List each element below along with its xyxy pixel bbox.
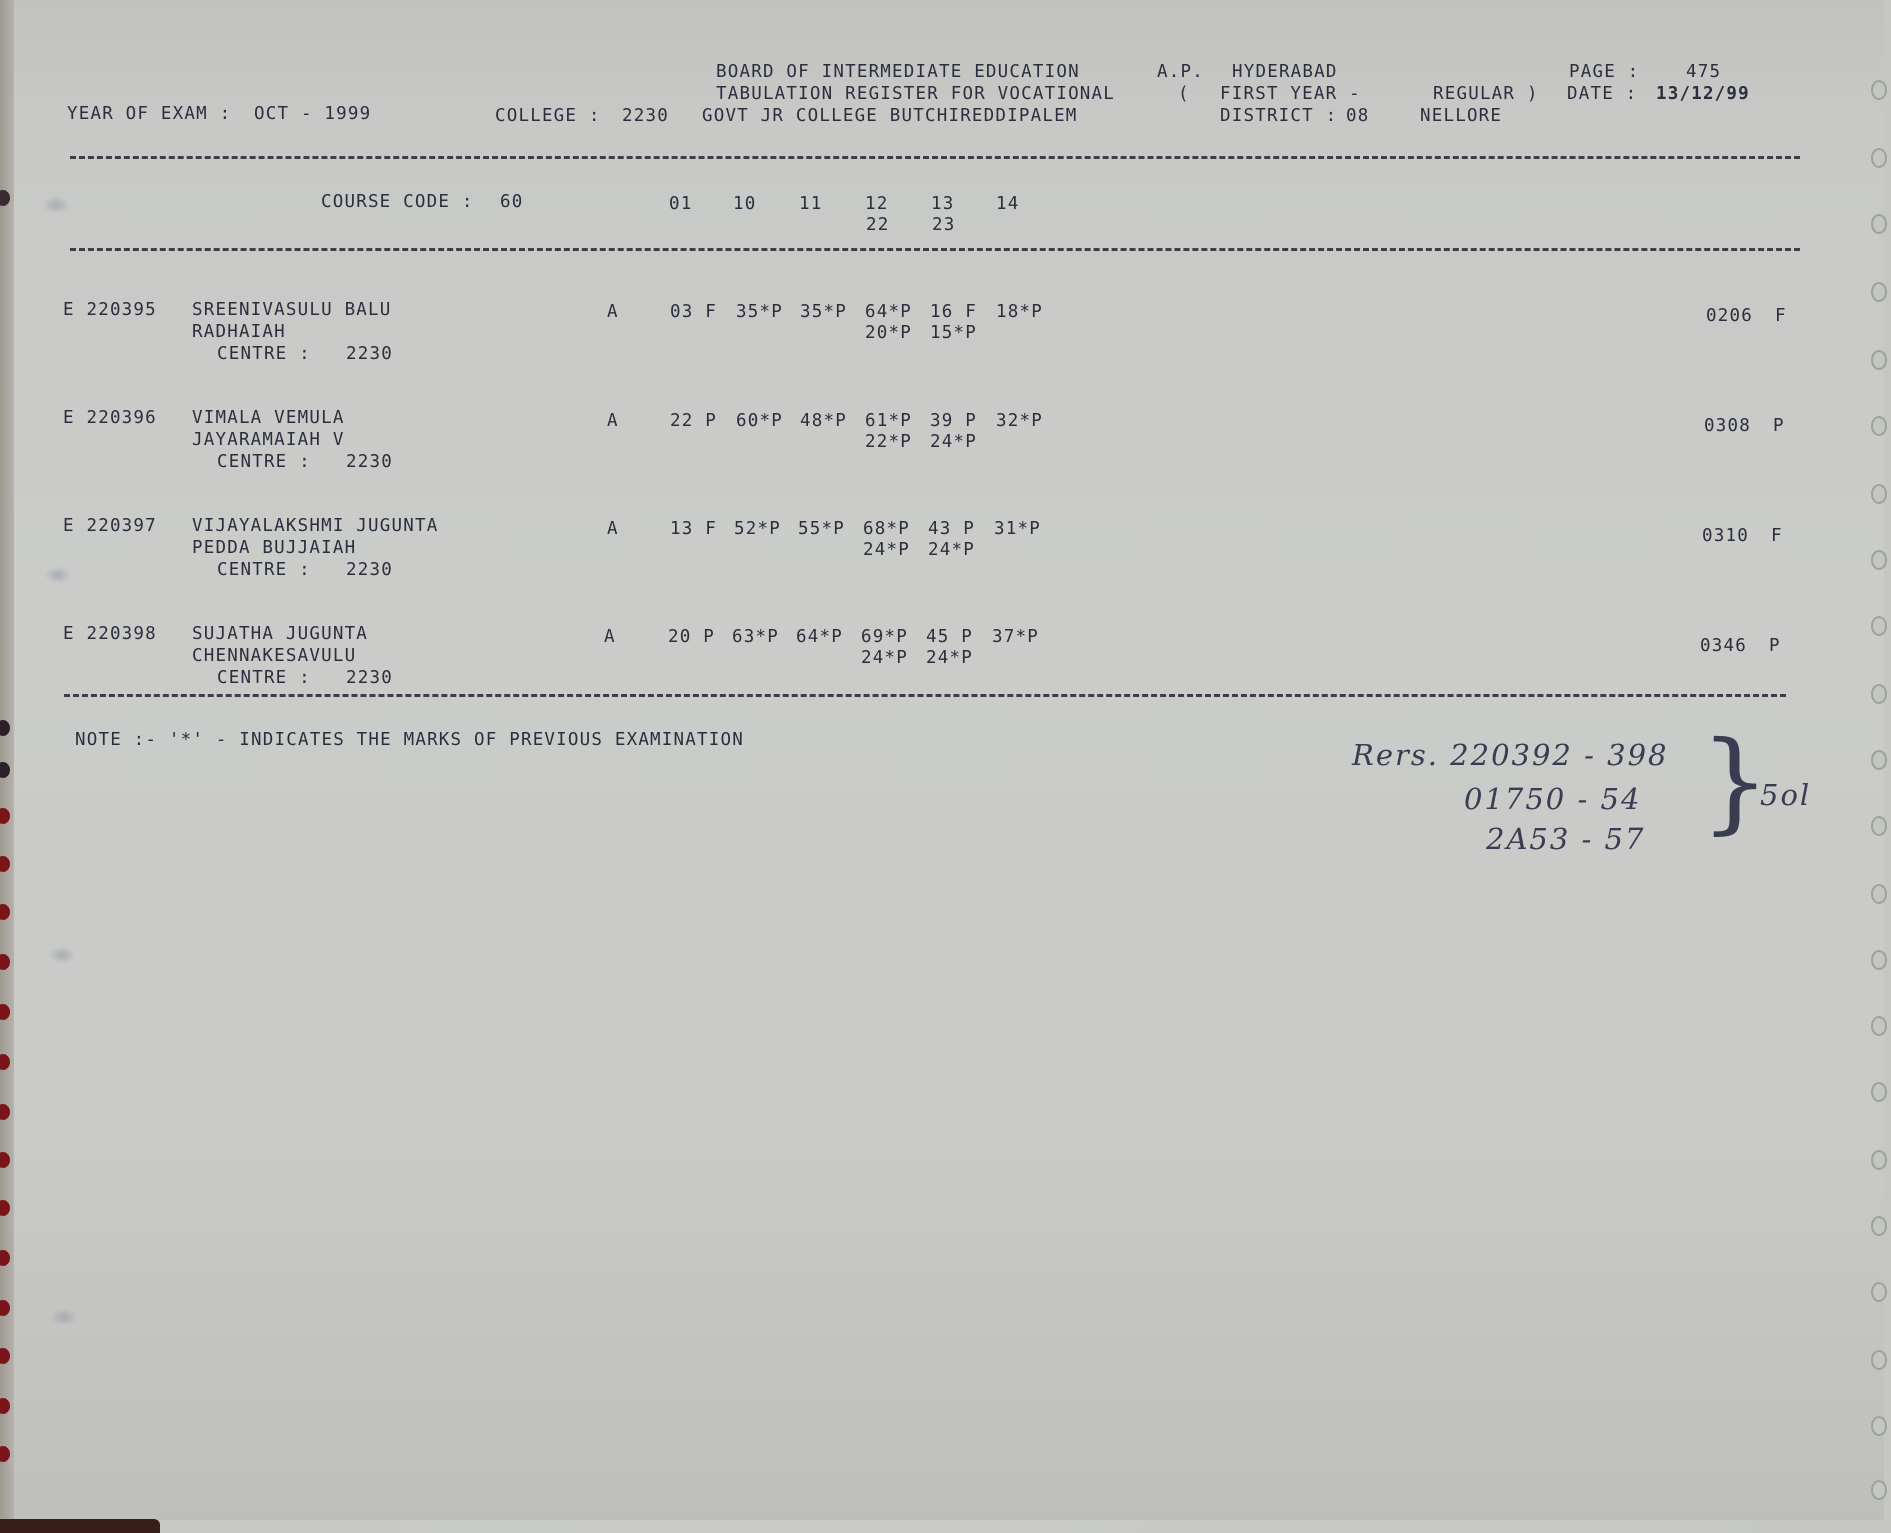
student-name: VIJAYALAKSHMI JUGUNTA bbox=[192, 516, 438, 536]
staple-mark-icon bbox=[48, 946, 76, 964]
mark: 55*P bbox=[798, 519, 845, 539]
district-code: 08 bbox=[1346, 106, 1369, 126]
total-marks: 0308 bbox=[1704, 416, 1751, 436]
category: A bbox=[607, 411, 619, 431]
mark: 48*P bbox=[800, 411, 847, 431]
binding-hole-icon bbox=[1871, 1416, 1887, 1436]
father-name: RADHAIAH bbox=[192, 322, 286, 342]
divider-line bbox=[64, 694, 1786, 697]
footnote: NOTE :- '*' - INDICATES THE MARKS OF PRE… bbox=[75, 730, 744, 750]
subject-code: 11 bbox=[799, 194, 822, 214]
binding-hole-icon bbox=[1871, 148, 1887, 168]
mark: 39 P bbox=[930, 411, 977, 431]
binding-hole-icon bbox=[1871, 1082, 1887, 1102]
course-code-label: COURSE CODE : bbox=[321, 192, 474, 212]
centre-code: 2230 bbox=[346, 344, 393, 364]
registration-number: E 220396 bbox=[63, 408, 157, 428]
year-type: FIRST YEAR - bbox=[1220, 84, 1361, 104]
student-name: VIMALA VEMULA bbox=[192, 408, 345, 428]
subject-code: 13 bbox=[931, 194, 954, 214]
category: A bbox=[607, 519, 619, 539]
register-title: TABULATION REGISTER FOR VOCATIONAL bbox=[716, 84, 1115, 104]
course-code: 60 bbox=[500, 192, 523, 212]
mark: 64*P bbox=[796, 627, 843, 647]
centre-code: 2230 bbox=[346, 560, 393, 580]
binding-hole-icon bbox=[1871, 550, 1887, 570]
print-date: 13/12/99 bbox=[1656, 84, 1750, 104]
board-city: HYDERABAD bbox=[1232, 62, 1338, 82]
mark: 18*P bbox=[996, 302, 1043, 322]
mark: 43 P bbox=[928, 519, 975, 539]
registration-number: E 220395 bbox=[63, 300, 157, 320]
mark: 45 P bbox=[926, 627, 973, 647]
mark: 37*P bbox=[992, 627, 1039, 647]
handwritten-line: Rers. 220392 - 398 bbox=[1352, 738, 1668, 772]
total-marks: 0310 bbox=[1702, 526, 1749, 546]
subject-code: 14 bbox=[996, 194, 1019, 214]
paren-open: ( bbox=[1178, 84, 1190, 104]
mark: 52*P bbox=[734, 519, 781, 539]
mark: 24*P bbox=[863, 540, 910, 560]
mark: 24*P bbox=[930, 432, 977, 452]
centre-label: CENTRE : bbox=[217, 344, 311, 364]
mark: 22*P bbox=[865, 432, 912, 452]
binding-hole-icon bbox=[1871, 1350, 1887, 1370]
centre-label: CENTRE : bbox=[217, 668, 311, 688]
mark: 68*P bbox=[863, 519, 910, 539]
binding-hole-icon bbox=[1871, 282, 1887, 302]
college-code: 2230 bbox=[622, 106, 669, 126]
binding-hole-icon bbox=[1871, 80, 1887, 100]
registration-number: E 220397 bbox=[63, 516, 157, 536]
mark: 64*P bbox=[865, 302, 912, 322]
handwritten-line: 2A53 - 57 bbox=[1486, 822, 1645, 856]
result-status: P bbox=[1769, 636, 1781, 656]
total-marks: 0346 bbox=[1700, 636, 1747, 656]
category: A bbox=[607, 302, 619, 322]
tabulation-register-page: BOARD OF INTERMEDIATE EDUCATION A.P. HYD… bbox=[14, 0, 1884, 1520]
mark: 24*P bbox=[861, 648, 908, 668]
binding-hole-icon bbox=[1871, 950, 1887, 970]
binding-hole-icon bbox=[1871, 616, 1887, 636]
centre-code: 2230 bbox=[346, 668, 393, 688]
date-label: DATE : bbox=[1567, 84, 1637, 104]
mark: 24*P bbox=[926, 648, 973, 668]
college-name: GOVT JR COLLEGE BUTCHIREDDIPALEM bbox=[702, 106, 1078, 126]
page-number: 475 bbox=[1686, 62, 1721, 82]
mark: 13 F bbox=[670, 519, 717, 539]
signature: 5ol bbox=[1760, 778, 1811, 812]
binding-hole-icon bbox=[1871, 1216, 1887, 1236]
page-label: PAGE : bbox=[1569, 62, 1639, 82]
mark: 20*P bbox=[865, 323, 912, 343]
father-name: PEDDA BUJJAIAH bbox=[192, 538, 356, 558]
college-label: COLLEGE : bbox=[495, 106, 601, 126]
board-state: A.P. bbox=[1157, 62, 1204, 82]
handwritten-line: 01750 - 54 bbox=[1464, 782, 1641, 816]
mark: 15*P bbox=[930, 323, 977, 343]
binding-hole-icon bbox=[1871, 750, 1887, 770]
mark: 63*P bbox=[732, 627, 779, 647]
mark: 35*P bbox=[800, 302, 847, 322]
subject-code: 10 bbox=[733, 194, 756, 214]
binding-hole-icon bbox=[1871, 1016, 1887, 1036]
father-name: JAYARAMAIAH V bbox=[192, 430, 345, 450]
board-name: BOARD OF INTERMEDIATE EDUCATION bbox=[716, 62, 1080, 82]
mark: 22 P bbox=[670, 411, 717, 431]
binding-hole-icon bbox=[1871, 684, 1887, 704]
binding-hole-icon bbox=[1871, 214, 1887, 234]
staple-mark-icon bbox=[44, 566, 72, 584]
mark: 61*P bbox=[865, 411, 912, 431]
centre-code: 2230 bbox=[346, 452, 393, 472]
mark: 69*P bbox=[861, 627, 908, 647]
exam-mode: REGULAR ) bbox=[1433, 84, 1539, 104]
binding-hole-icon bbox=[1871, 884, 1887, 904]
student-name: SREENIVASULU BALU bbox=[192, 300, 392, 320]
binding-hole-icon bbox=[1871, 350, 1887, 370]
result-status: P bbox=[1773, 416, 1785, 436]
category: A bbox=[604, 627, 616, 647]
subject-code: 01 bbox=[669, 194, 692, 214]
mark: 35*P bbox=[736, 302, 783, 322]
page-bottom-edge bbox=[0, 1519, 160, 1533]
year-of-exam: OCT - 1999 bbox=[254, 104, 371, 124]
total-marks: 0206 bbox=[1706, 306, 1753, 326]
result-status: F bbox=[1771, 526, 1783, 546]
binding-hole-icon bbox=[1871, 1150, 1887, 1170]
year-of-exam-label: YEAR OF EXAM : bbox=[67, 104, 231, 124]
mark: 32*P bbox=[996, 411, 1043, 431]
mark: 60*P bbox=[736, 411, 783, 431]
district-name: NELLORE bbox=[1420, 106, 1502, 126]
binding-hole-icon bbox=[1871, 1282, 1887, 1302]
district-label: DISTRICT : bbox=[1220, 106, 1337, 126]
binding-hole-icon bbox=[1871, 416, 1887, 436]
mark: 31*P bbox=[994, 519, 1041, 539]
result-status: F bbox=[1775, 306, 1787, 326]
student-name: SUJATHA JUGUNTA bbox=[192, 624, 368, 644]
centre-label: CENTRE : bbox=[217, 560, 311, 580]
divider-line bbox=[70, 156, 1800, 159]
registration-number: E 220398 bbox=[63, 624, 157, 644]
mark: 24*P bbox=[928, 540, 975, 560]
centre-label: CENTRE : bbox=[217, 452, 311, 472]
subject-code: 22 bbox=[866, 215, 889, 235]
staple-mark-icon bbox=[50, 1308, 78, 1326]
staple-mark-icon bbox=[42, 196, 70, 214]
binding-hole-icon bbox=[1871, 816, 1887, 836]
binding-hole-icon bbox=[1871, 1480, 1887, 1500]
mark: 03 F bbox=[670, 302, 717, 322]
binding-hole-icon bbox=[1871, 484, 1887, 504]
subject-code: 12 bbox=[865, 194, 888, 214]
subject-code: 23 bbox=[932, 215, 955, 235]
mark: 16 F bbox=[930, 302, 977, 322]
mark: 20 P bbox=[668, 627, 715, 647]
divider-line bbox=[70, 248, 1800, 251]
father-name: CHENNAKESAVULU bbox=[192, 646, 356, 666]
